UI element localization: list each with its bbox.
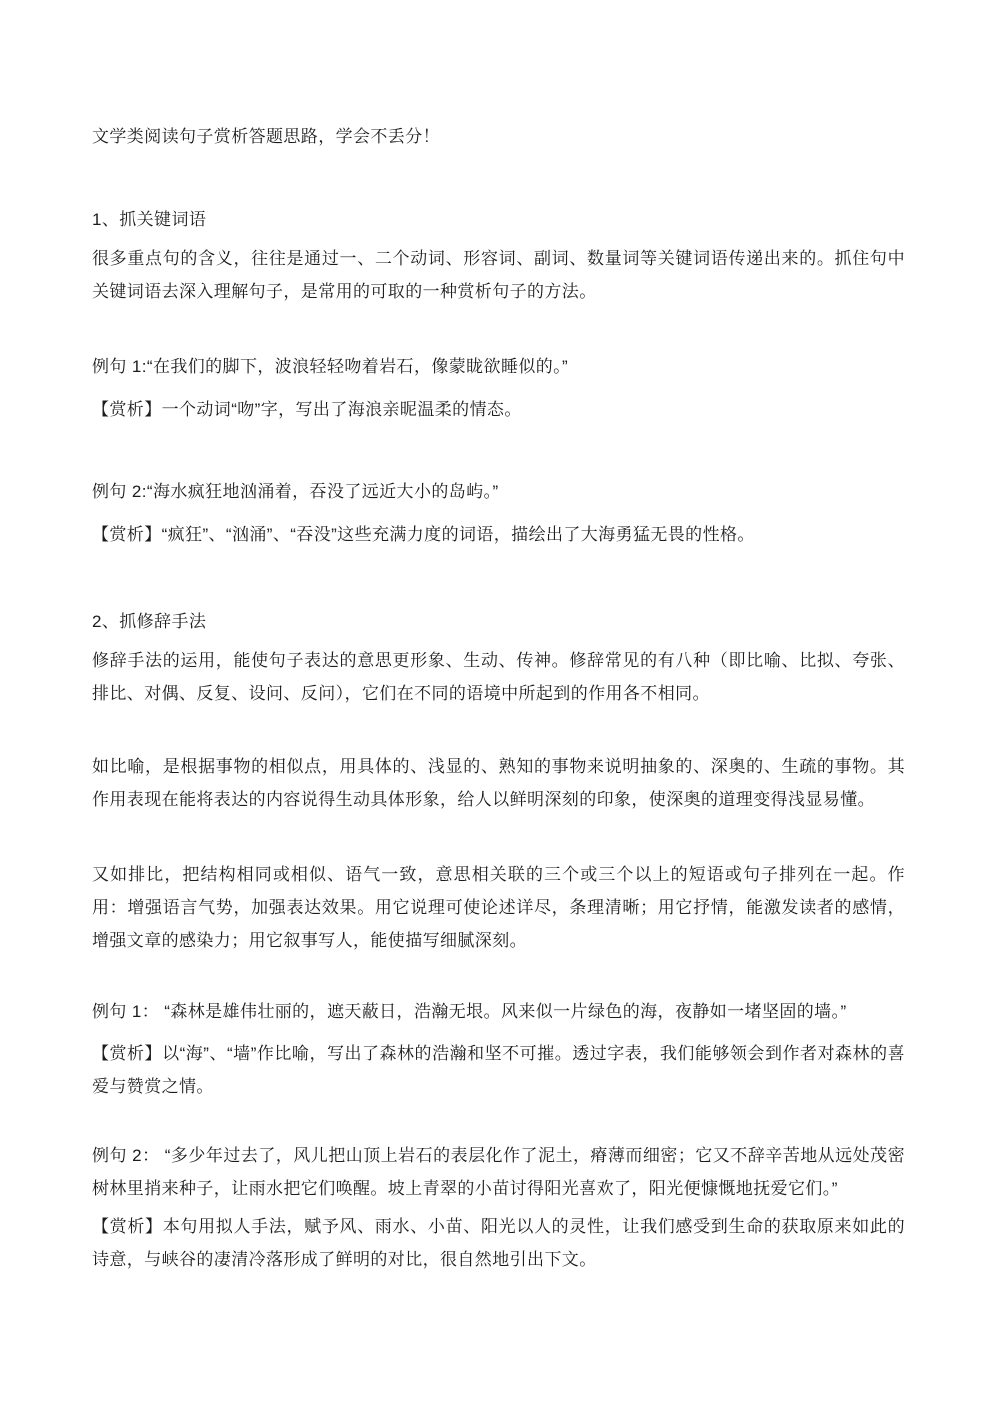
section-2-paragraph-parallelism: 又如排比，把结构相同或相似、语气一致，意思相关联的三个或三个以上的短语或句子排列… [92,858,905,957]
section-2-example-2-sentence: 例句 2： “多少年过去了，风儿把山顶上岩石的表层化作了泥土，瘠薄而细密；它又不… [92,1139,905,1205]
document-title: 文学类阅读句子赏析答题思路，学会不丢分！ [92,120,905,153]
section-2-example-1-sentence: 例句 1： “森林是雄伟壮丽的，遮天蔽日，浩瀚无垠。风来似一片绿色的海，夜静如一… [92,995,905,1028]
section-2-paragraph-rhetoric-overview: 修辞手法的运用，能使句子表达的意思更形象、生动、传神。修辞常见的有八种（即比喻、… [92,644,905,710]
section-2-paragraph-metaphor: 如比喻，是根据事物的相似点，用具体的、浅显的、熟知的事物来说明抽象的、深奥的、生… [92,750,905,816]
section-2-example-2-analysis: 【赏析】本句用拟人手法，赋予风、雨水、小苗、阳光以人的灵性，让我们感受到生命的获… [92,1210,905,1276]
section-1-example-2-sentence: 例句 2:“海水疯狂地汹涌着，吞没了远近大小的岛屿。” [92,475,905,508]
section-1-intro-paragraph: 很多重点句的含义，往往是通过一、二个动词、形容词、副词、数量词等关键词语传递出来… [92,242,905,308]
section-1-heading: 1、抓关键词语 [92,203,905,236]
section-2-example-1-analysis: 【赏析】以“海”、“墙”作比喻，写出了森林的浩瀚和坚不可摧。透过字表，我们能够领… [92,1037,905,1103]
section-2-heading: 2、抓修辞手法 [92,605,905,638]
section-1-example-1-sentence: 例句 1:“在我们的脚下，波浪轻轻吻着岩石，像蒙眬欲睡似的。” [92,350,905,383]
section-1-example-2-analysis: 【赏析】“疯狂”、“汹涌”、“吞没”这些充满力度的词语，描绘出了大海勇猛无畏的性… [92,518,905,551]
section-1-example-1-analysis: 【赏析】一个动词“吻”字，写出了海浪亲昵温柔的情态。 [92,393,905,426]
document-page: 文学类阅读句子赏析答题思路，学会不丢分！ 1、抓关键词语 很多重点句的含义，往往… [0,0,993,1404]
